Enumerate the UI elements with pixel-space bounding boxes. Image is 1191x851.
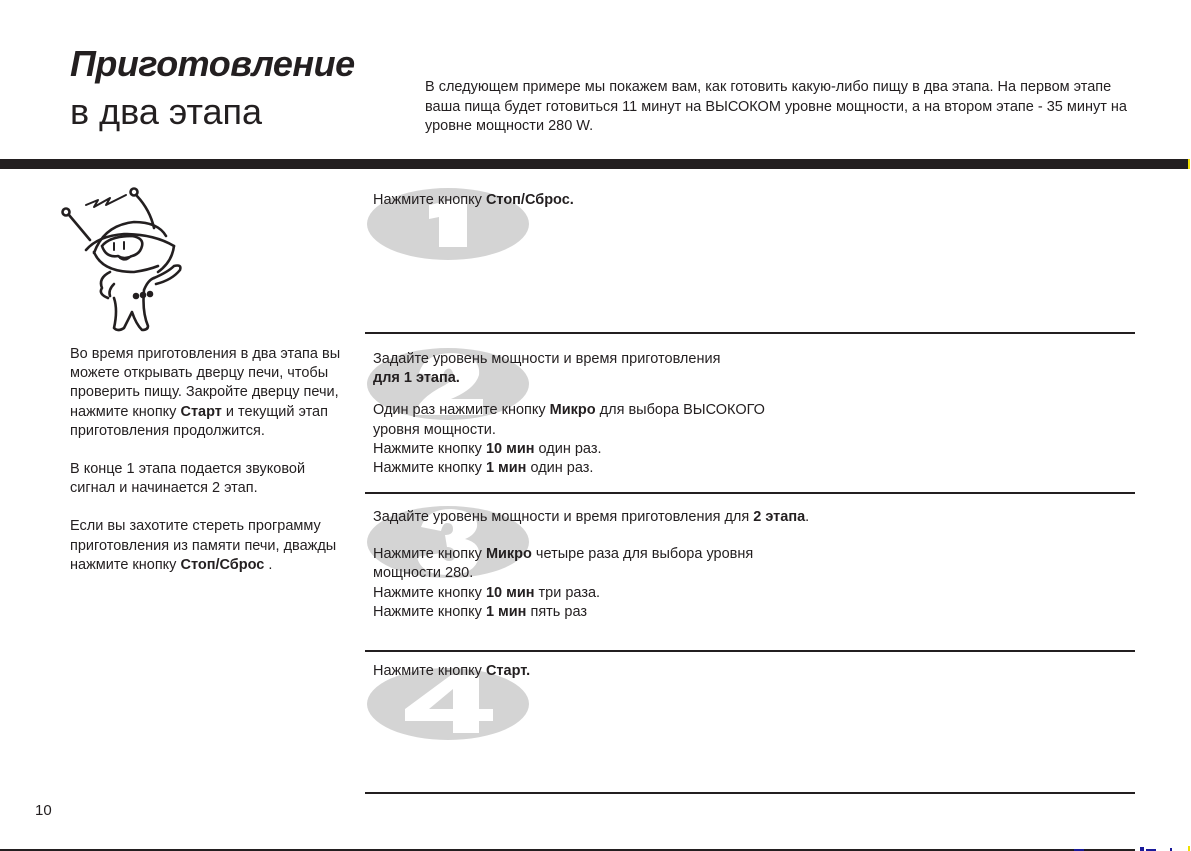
- header-divider-edge: [1188, 159, 1190, 169]
- ten-min-button-label: 10 мин: [486, 585, 535, 601]
- intro-text: В следующем примере мы покажем вам, как …: [425, 78, 1145, 137]
- micro-button-label: Микро: [550, 402, 596, 418]
- note-clear-program: Если вы захотите стереть программу приго…: [70, 517, 350, 575]
- step-3-instructions: Задайте уровень мощности и время пригото…: [373, 508, 1073, 622]
- page-subtitle: в два этапа: [70, 90, 262, 134]
- crop-marks-icon: [1070, 846, 1190, 851]
- stop-reset-button-label: Стоп/Сброс.: [486, 192, 574, 208]
- one-min-button-label: 1 мин: [486, 460, 527, 476]
- sidebar-notes: Во время приготовления в два этапа вы мо…: [70, 345, 350, 594]
- mascot-icon: [58, 180, 198, 340]
- step-divider: [365, 650, 1135, 652]
- page-number: 10: [35, 802, 52, 819]
- step-2-instructions: Задайте уровень мощности и время пригото…: [373, 350, 1073, 478]
- micro-button-label: Микро: [486, 546, 532, 562]
- step-divider: [365, 792, 1135, 794]
- note-door-open: Во время приготовления в два этапа вы мо…: [70, 345, 350, 441]
- stage-2-label: 2 этапа: [753, 509, 805, 525]
- step-divider: [365, 492, 1135, 494]
- step-1-line: Нажмите кнопку Стоп/Сброс.: [373, 191, 1073, 210]
- page-title: Приготовление: [70, 42, 355, 86]
- step-1-instructions: Нажмите кнопку Стоп/Сброс.: [373, 191, 1073, 210]
- header-divider: [0, 159, 1188, 169]
- note-stage-end: В конце 1 этапа подается звуковой сигнал…: [70, 460, 350, 498]
- ten-min-button-label: 10 мин: [486, 441, 535, 457]
- start-button-label: Старт: [180, 404, 221, 420]
- stage-1-label: для 1 этапа.: [373, 370, 460, 386]
- stop-reset-button-label: Стоп/Сброс: [180, 557, 264, 573]
- start-button-label: Старт.: [486, 663, 530, 679]
- step-4-instructions: Нажмите кнопку Старт.: [373, 662, 1073, 681]
- one-min-button-label: 1 мин: [486, 604, 527, 620]
- step-divider: [365, 332, 1135, 334]
